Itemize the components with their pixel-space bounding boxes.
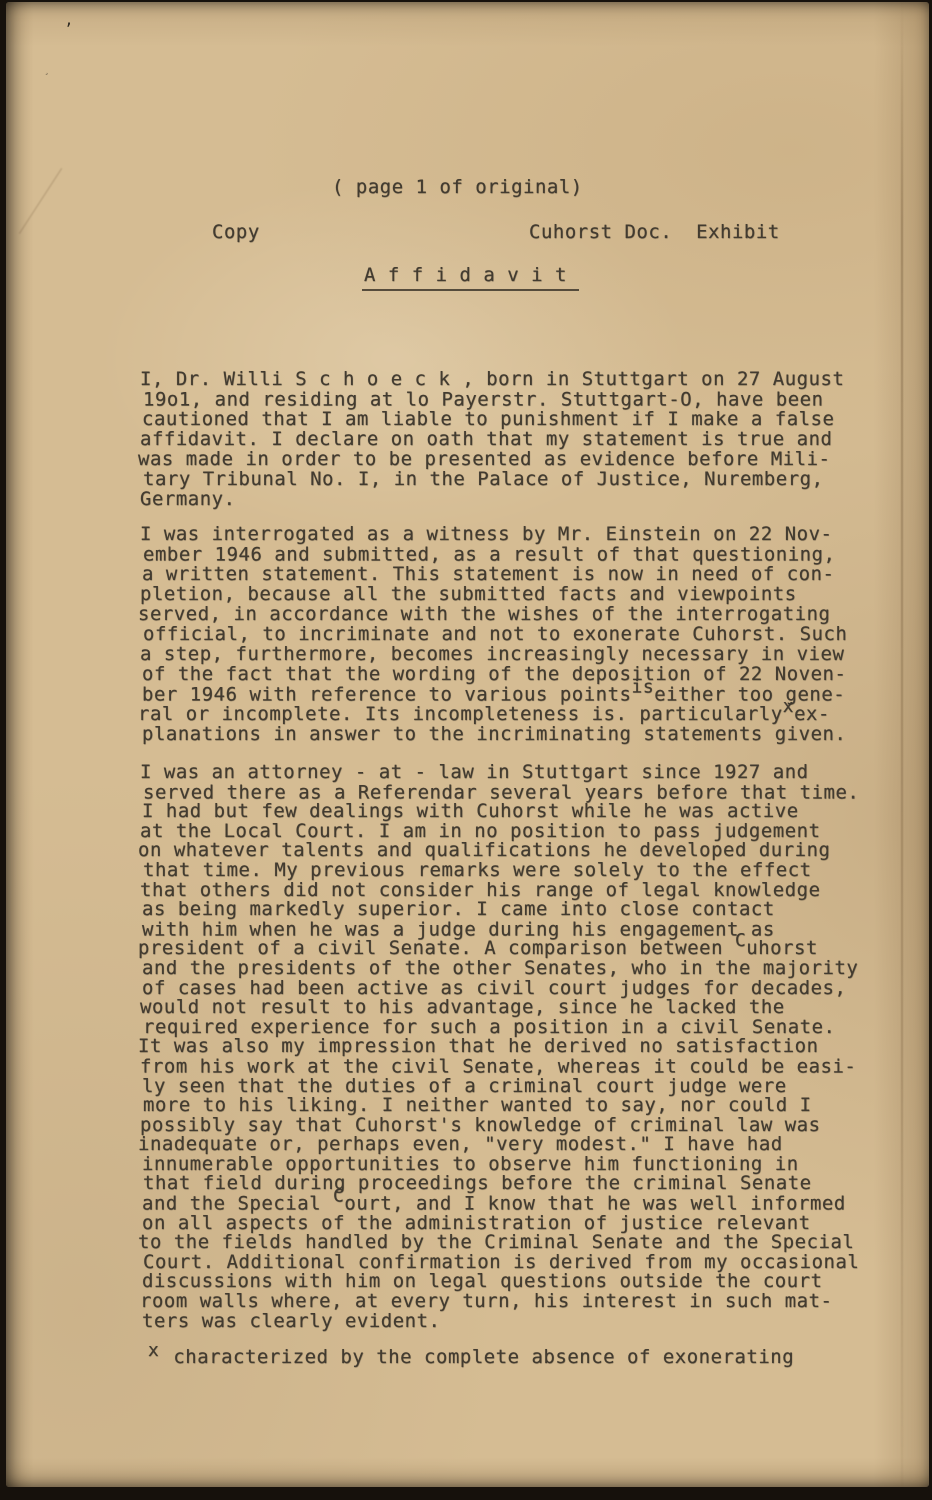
scan-background: { "colors": { "paper": "#d5bc93", "ink":… [0,0,932,1500]
text-line: I was an attorney - at - law in Stuttgar… [140,763,888,783]
typed-superscript: C [333,1186,344,1207]
paper-page: ’ ¸ ( page 1 of original) Copy Cuhorst D… [6,2,929,1487]
footnote-text: characterized by the complete absence of… [173,1346,794,1368]
text-line: cautioned that I am liable to punishment… [142,409,888,429]
text-line: and the presidents of the other Senates,… [142,959,888,979]
text-line: inadequate or, perhaps even, "very modes… [138,1135,888,1155]
text-line: a written statement. This statement is n… [142,564,888,584]
text-line: I, Dr. Willi S c h o e c k , born in Stu… [140,369,888,389]
paper-crease [19,168,62,234]
typed-superscript: C [735,930,746,951]
text-line: I was interrogated as a witness by Mr. E… [140,524,888,544]
text-line: affidavit. I declare on oath that my sta… [140,429,888,449]
paragraph: I, Dr. Willi S c h o e c k , born in Stu… [142,369,888,509]
text-line: ember 1946 and submitted, as a result of… [143,545,888,565]
typed-superscript: is [632,677,655,698]
footnote: xcharacterized by the complete absence o… [142,1346,888,1368]
ink-speck: ¸ [44,66,49,76]
text-line: would not result to his advantage, since… [140,998,888,1018]
text-line: as being markedly superior. I came into … [142,900,888,920]
text-line: ters was clearly evident. [142,1312,888,1332]
paper-crease [901,2,903,1487]
text-line: Germany. [140,489,888,509]
text-line: ral or incomplete. Its incompleteness is… [138,704,888,724]
text-line: pletion, because all the submitted facts… [140,584,888,604]
text-line: room walls where, at every turn, his int… [140,1292,888,1312]
text-line: official, to incriminate and not to exon… [143,624,888,644]
text-line: with him when he was a judge during his … [142,920,888,940]
text-line: tary Tribunal No. I, in the Palace of Ju… [143,469,888,489]
text-line: of the fact that the wording of the depo… [142,664,888,684]
typed-superscript: x [783,696,794,717]
text-line: was made in order to be presented as evi… [138,449,888,469]
text-line: I had but few dealings with Cuhorst whil… [142,802,888,822]
text-line: that time. My previous remarks were sole… [143,861,888,881]
paragraph: I was interrogated as a witness by Mr. E… [142,524,888,744]
document-title-text: A f f i d a v i t [362,264,579,291]
text-line: from his work at the civil Senate, where… [140,1058,888,1078]
text-line: served there as a Referendar several yea… [143,783,888,803]
text-line: 19o1, and residing at lo Payerstr. Stutt… [143,390,888,410]
text-line: president of a civil Senate. A compariso… [138,939,888,959]
text-line: It was also my impression that he derive… [138,1037,888,1057]
copy-label: Copy [212,221,260,243]
exhibit-label: Cuhorst Doc. Exhibit [529,221,780,243]
text-line: to the fields handled by the Criminal Se… [138,1233,888,1253]
paragraph: I was an attorney - at - law in Stuttgar… [142,763,888,1331]
text-line: that field during proceedings before the… [143,1174,888,1194]
text-line: planations in answer to the incriminatin… [142,724,888,744]
footnote-marker: x [148,1340,159,1361]
text-line: ber 1946 with reference to various point… [142,685,888,705]
text-line: served, in accordance with the wishes of… [138,604,888,624]
document-title: A f f i d a v i t [362,264,579,291]
text-line: and the Special Court, and I know that h… [142,1195,888,1215]
affidavit-body: I, Dr. Willi S c h o e c k , born in Stu… [142,303,888,1412]
page-note: ( page 1 of original) [332,176,583,198]
text-line: a step, furthermore, becomes increasingl… [140,644,888,664]
ink-speck: ’ [64,20,73,38]
text-line: more to his liking. I neither wanted to … [143,1096,888,1116]
